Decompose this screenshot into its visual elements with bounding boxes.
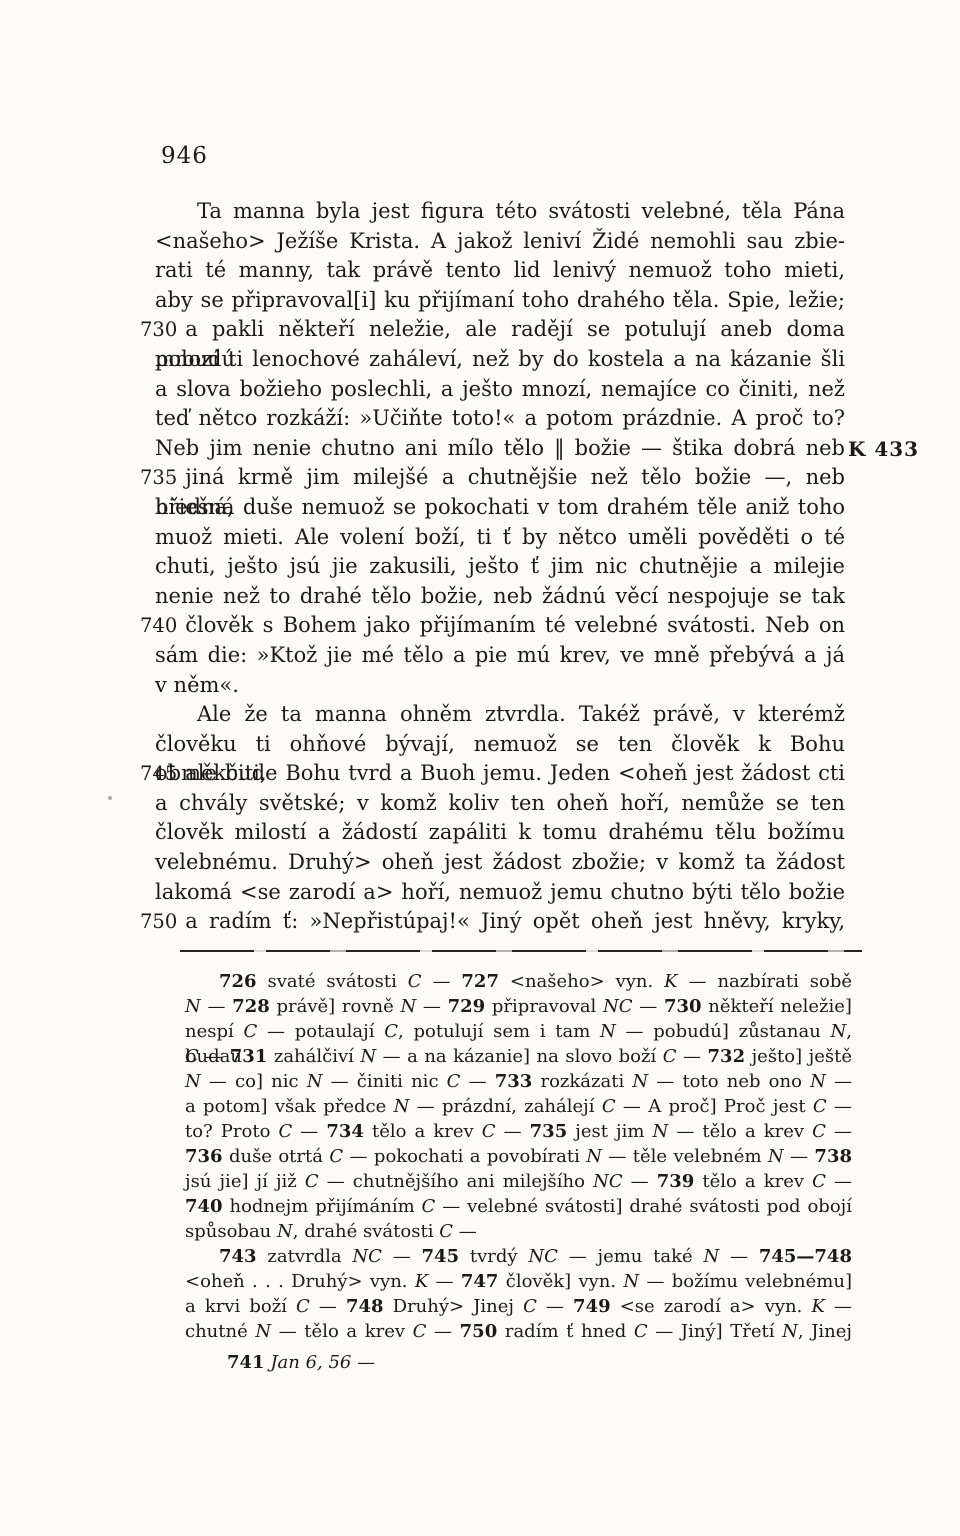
apparatus-line: <oheň . . . Druhý> vyn. K — 747 člověk] … <box>185 1269 852 1294</box>
apparatus-line: 736 duše otrtá C — pokochati a povobírat… <box>185 1144 852 1169</box>
manuscript-siglum: C <box>634 1321 648 1342</box>
manuscript-siglum: C <box>384 1021 398 1042</box>
text-line: 750a radím ť: »Nepřistúpaj!« Jiný opět o… <box>155 907 845 937</box>
apparatus-text: radím ť hned <box>497 1321 634 1342</box>
page-number: 946 <box>161 143 208 169</box>
text-line: aby se připravoval[i] ku přijímaní toho … <box>155 286 845 316</box>
manuscript-siglum: NC <box>528 1246 558 1267</box>
manuscript-siglum: N <box>586 1146 602 1167</box>
apparatus-text: — <box>784 1146 815 1167</box>
verse-number: 745 <box>422 1246 460 1267</box>
apparatus-text: — a na kázanie] na slovo boží <box>376 1046 663 1067</box>
text-line: 740člověk s Bohem jako přijímaním té vel… <box>155 611 845 641</box>
verse-number: 741 <box>227 1352 265 1373</box>
manuscript-siglum: C <box>447 1071 461 1092</box>
manuscript-siglum: C <box>663 1046 677 1067</box>
apparatus-text: — <box>199 1046 230 1067</box>
apparatus-text: hodnejm přijímáním <box>223 1196 422 1217</box>
apparatus-line: nespí C — potaulají C, potulují sem i ta… <box>185 1019 852 1044</box>
verse-number: 743 <box>219 1246 257 1267</box>
line-number: 740 <box>140 614 185 637</box>
manuscript-siglum: C <box>482 1121 496 1142</box>
text-line: velebnému. Druhý> oheň jest žádost zboži… <box>155 848 845 878</box>
manuscript-siglum: N <box>255 1321 271 1342</box>
apparatus-text: — nazbírati sobě <box>678 971 852 992</box>
manuscript-siglum: N <box>600 1021 616 1042</box>
apparatus-text: tělo a krev <box>364 1121 482 1142</box>
apparatus-text: — <box>416 996 447 1017</box>
text-line: 730a pakli někteří neležie, ale radějí s… <box>155 315 845 345</box>
apparatus-line: chutné N — tělo a krev C — 750 radím ť h… <box>185 1319 852 1344</box>
apparatus-text: <oheň . . . Druhý> vyn. <box>185 1271 415 1292</box>
manuscript-siglum: C <box>422 1196 436 1217</box>
apparatus-text: to? Proto <box>185 1121 278 1142</box>
manuscript-siglum: C <box>812 1171 826 1192</box>
apparatus-text: — <box>201 996 232 1017</box>
manuscript-siglum: N <box>831 1021 847 1042</box>
apparatus-text: Druhý> Jinej <box>384 1296 524 1317</box>
apparatus-text: , potulují sem i tam <box>398 1021 600 1042</box>
manuscript-siglum: N <box>185 996 201 1017</box>
apparatus-text: — <box>537 1296 573 1317</box>
apparatus-text: někteří neležie] <box>702 996 852 1017</box>
verse-number: 745—748 <box>759 1246 852 1267</box>
apparatus-text: jest jim <box>567 1121 652 1142</box>
apparatus-text: — pobudú] zůstanau <box>616 1021 831 1042</box>
apparatus-text: — těle velebném <box>602 1146 768 1167</box>
manuscript-siglum: N <box>623 1271 639 1292</box>
verse-number: 749 <box>573 1296 611 1317</box>
apparatus-line: a krvi boží C — 748 Druhý> Jinej C — 749… <box>185 1294 852 1319</box>
apparatus-line: N — 728 právě] rovně N — 729 připravoval… <box>185 994 852 1019</box>
manuscript-siglum: N <box>703 1246 719 1267</box>
bible-reference-line: 741 Jan 6, 56 — <box>227 1352 375 1373</box>
scan-artifact-dot <box>108 796 112 800</box>
verse-number: 736 <box>185 1146 223 1167</box>
apparatus-text: — co] nic <box>201 1071 307 1092</box>
apparatus-line: C — 731 zahálčiví N — a na kázanie] na s… <box>185 1044 852 1069</box>
apparatus-separator-rule <box>180 950 862 952</box>
apparatus-text: — <box>623 1171 657 1192</box>
text-line: nenie než to drahé tělo božie, neb žádnú… <box>155 582 845 612</box>
apparatus-text: a krvi boží <box>185 1296 296 1317</box>
apparatus-line: 743 zatvrdla NC — 745 tvrdý NC — jemu ta… <box>185 1244 852 1269</box>
apparatus-text: právě] rovně <box>270 996 401 1017</box>
text-line: mnozí ti lenochové zaháleví, než by do k… <box>155 345 845 375</box>
text-line: 745ale bude Bohu tvrd a Buoh jemu. Jeden… <box>155 759 845 789</box>
manuscript-siglum: N <box>277 1221 293 1242</box>
verse-number: 730 <box>664 996 702 1017</box>
apparatus-text: — činiti nic <box>322 1071 446 1092</box>
apparatus-text: — <box>826 1121 852 1142</box>
manuscript-siglum: C <box>812 1121 826 1142</box>
verse-number: 735 <box>530 1121 568 1142</box>
manuscript-siglum: N <box>360 1046 376 1067</box>
manuscript-siglum: C <box>329 1146 343 1167</box>
verse-number: 732 <box>708 1046 746 1067</box>
text-line: sám die: »Ktož jie mé tělo a pie mú krev… <box>155 641 845 671</box>
apparatus-text: <se zarodí a> vyn. <box>611 1296 812 1317</box>
manuscript-siglum: C <box>813 1096 827 1117</box>
apparatus-text: člověk] vyn. <box>498 1271 623 1292</box>
apparatus-text: — velebné svátosti] drahé svátosti pod o… <box>435 1196 852 1217</box>
text-line: a chvály světské; v komž koliv ten oheň … <box>155 789 845 819</box>
apparatus-text: — chutnějšího ani milejšího <box>319 1171 593 1192</box>
apparatus-text: připravoval <box>485 996 603 1017</box>
text-line: lakomá <se zarodí a> hoří, nemuož jemu c… <box>155 878 845 908</box>
apparatus-text: — <box>827 1096 852 1117</box>
apparatus-text: jsú jie] jí již <box>185 1171 305 1192</box>
line-number: 730 <box>140 318 185 341</box>
manuscript-siglum: K <box>664 971 677 992</box>
text-line: a slova božieho poslechli, a ješto mnozí… <box>155 375 845 405</box>
margin-note-k433: K 433 <box>848 437 919 461</box>
apparatus-text: — <box>719 1246 759 1267</box>
apparatus-text: duše otrtá <box>223 1146 330 1167</box>
manuscript-siglum: K <box>415 1271 428 1292</box>
apparatus-text: — prázdní, zahálejí <box>409 1096 601 1117</box>
apparatus-line: a potom] však předce N — prázdní, zahále… <box>185 1094 852 1119</box>
line-number: 750 <box>140 910 185 933</box>
apparatus-text: tělo a krev <box>694 1171 812 1192</box>
text-line: člověku ti ohňové bývají, nemuož se ten … <box>155 730 845 760</box>
text-line: Ta manna byla jest figura této svátosti … <box>155 197 845 227</box>
text-line: 735jiná krmě jim milejšé a chutnějšie ne… <box>155 463 845 493</box>
apparatus-text: — <box>496 1121 530 1142</box>
critical-apparatus-block: 726 svaté svátosti C — 727 <našeho> vyn.… <box>185 969 852 1344</box>
apparatus-text: tvrdý <box>459 1246 528 1267</box>
apparatus-text: <našeho> vyn. <box>499 971 664 992</box>
text-line: Neb jim nenie chutno ani mílo tělo ‖ bož… <box>155 434 845 464</box>
apparatus-text: — <box>677 1046 708 1067</box>
verse-number: 728 <box>232 996 270 1017</box>
text-line: Ale že ta manna ohněm ztvrdla. Takéž prá… <box>155 700 845 730</box>
apparatus-line: 726 svaté svátosti C — 727 <našeho> vyn.… <box>185 969 852 994</box>
verse-number: 733 <box>495 1071 533 1092</box>
apparatus-line: jsú jie] jí již C — chutnějšího ani mile… <box>185 1169 852 1194</box>
apparatus-text: — potaulají <box>257 1021 384 1042</box>
line-number: 735 <box>140 466 185 489</box>
manuscript-siglum: Jan 6, 56 <box>270 1352 351 1373</box>
line-number: 745 <box>140 762 185 785</box>
apparatus-text: nespí <box>185 1021 244 1042</box>
apparatus-text: — pokochati a povobírati <box>343 1146 586 1167</box>
apparatus-text: — tělo a krev <box>271 1321 413 1342</box>
manuscript-siglum: N <box>307 1071 323 1092</box>
apparatus-text: zatvrdla <box>257 1246 353 1267</box>
apparatus-text: — jemu také <box>558 1246 704 1267</box>
manuscript-siglum: N <box>400 996 416 1017</box>
apparatus-text: — <box>460 1071 494 1092</box>
manuscript-siglum: C <box>305 1171 319 1192</box>
apparatus-line: 740 hodnejm přijímáním C — velebné sváto… <box>185 1194 852 1219</box>
verse-number: 748 <box>346 1296 384 1317</box>
apparatus-text: — <box>826 1071 852 1092</box>
apparatus-text: — <box>422 971 462 992</box>
verse-number: 750 <box>460 1321 498 1342</box>
verse-number: 738 <box>814 1146 852 1167</box>
manuscript-siglum: N <box>185 1071 201 1092</box>
manuscript-siglum: C <box>408 971 422 992</box>
manuscript-siglum: K <box>811 1296 824 1317</box>
apparatus-text: — <box>310 1296 346 1317</box>
text-line: chuti, ješto jsú jie zakusili, ješto ť j… <box>155 552 845 582</box>
manuscript-siglum: N <box>394 1096 410 1117</box>
manuscript-siglum: NC <box>603 996 633 1017</box>
book-page-scan: 946 Ta manna byla jest figura této sváto… <box>0 0 960 1536</box>
apparatus-text: — <box>426 1321 459 1342</box>
verse-number: 747 <box>461 1271 499 1292</box>
apparatus-text: — <box>825 1296 852 1317</box>
apparatus-text: svaté svátosti <box>257 971 408 992</box>
manuscript-siglum: C <box>602 1096 616 1117</box>
apparatus-text: — toto neb ono <box>648 1071 810 1092</box>
manuscript-siglum: N <box>653 1121 669 1142</box>
apparatus-line: spůsobau N, drahé svátosti C — <box>185 1219 852 1244</box>
apparatus-text: — <box>453 1221 477 1242</box>
apparatus-text: a potom] však předce <box>185 1096 394 1117</box>
apparatus-line: to? Proto C — 734 tělo a krev C — 735 je… <box>185 1119 852 1144</box>
apparatus-text: chutné <box>185 1321 255 1342</box>
text-line: muož mieti. Ale volení boží, ti ť by nět… <box>155 523 845 553</box>
apparatus-text: ješto] ještě <box>745 1046 852 1067</box>
apparatus-text: spůsobau <box>185 1221 277 1242</box>
text-line: <našeho> Ježíše Krista. A jakož leniví Ž… <box>155 227 845 257</box>
verse-number: 740 <box>185 1196 223 1217</box>
apparatus-text: — <box>382 1246 422 1267</box>
text-line: hřiešná duše nemuož se pokochati v tom d… <box>155 493 845 523</box>
manuscript-siglum: C <box>439 1221 453 1242</box>
text-line: teď nětco rozkáží: »Učiňte toto!« a poto… <box>155 404 845 434</box>
manuscript-siglum: N <box>782 1321 798 1342</box>
verse-number: 731 <box>230 1046 268 1067</box>
verse-number: 726 <box>219 971 257 992</box>
apparatus-line: N — co] nic N — činiti nic C — 733 rozká… <box>185 1069 852 1094</box>
verse-number: 729 <box>448 996 486 1017</box>
manuscript-siglum: N <box>810 1071 826 1092</box>
main-text-block: Ta manna byla jest figura této svátosti … <box>155 197 845 937</box>
text-line: rati té manny, tak právě tento lid leniv… <box>155 256 845 286</box>
apparatus-text: — <box>292 1121 326 1142</box>
manuscript-siglum: C <box>413 1321 427 1342</box>
manuscript-siglum: N <box>768 1146 784 1167</box>
apparatus-text: — božímu velebnému] <box>639 1271 852 1292</box>
apparatus-text: zahálčiví <box>267 1046 360 1067</box>
apparatus-text: — <box>351 1352 375 1373</box>
manuscript-siglum: C <box>185 1046 199 1067</box>
apparatus-text: rozkázati <box>532 1071 632 1092</box>
manuscript-siglum: C <box>523 1296 537 1317</box>
verse-number: 727 <box>461 971 499 992</box>
manuscript-siglum: NC <box>593 1171 623 1192</box>
apparatus-text: , drahé svátosti <box>293 1221 439 1242</box>
apparatus-text: — <box>428 1271 461 1292</box>
manuscript-siglum: N <box>632 1071 648 1092</box>
apparatus-text: , Jinej <box>798 1321 852 1342</box>
manuscript-siglum: C <box>296 1296 310 1317</box>
apparatus-text: — tělo a krev <box>668 1121 812 1142</box>
manuscript-siglum: C <box>244 1021 258 1042</box>
manuscript-siglum: C <box>278 1121 292 1142</box>
text-line: člověk milostí a žádostí zapáliti k tomu… <box>155 818 845 848</box>
manuscript-siglum: NC <box>352 1246 382 1267</box>
apparatus-text: — Jiný] Třetí <box>648 1321 782 1342</box>
apparatus-text: — <box>633 996 664 1017</box>
apparatus-text: — A proč] Proč jest <box>616 1096 813 1117</box>
verse-number: 739 <box>657 1171 695 1192</box>
text-line: v něm«. <box>155 671 845 701</box>
verse-number: 734 <box>326 1121 364 1142</box>
apparatus-text: — <box>826 1171 852 1192</box>
